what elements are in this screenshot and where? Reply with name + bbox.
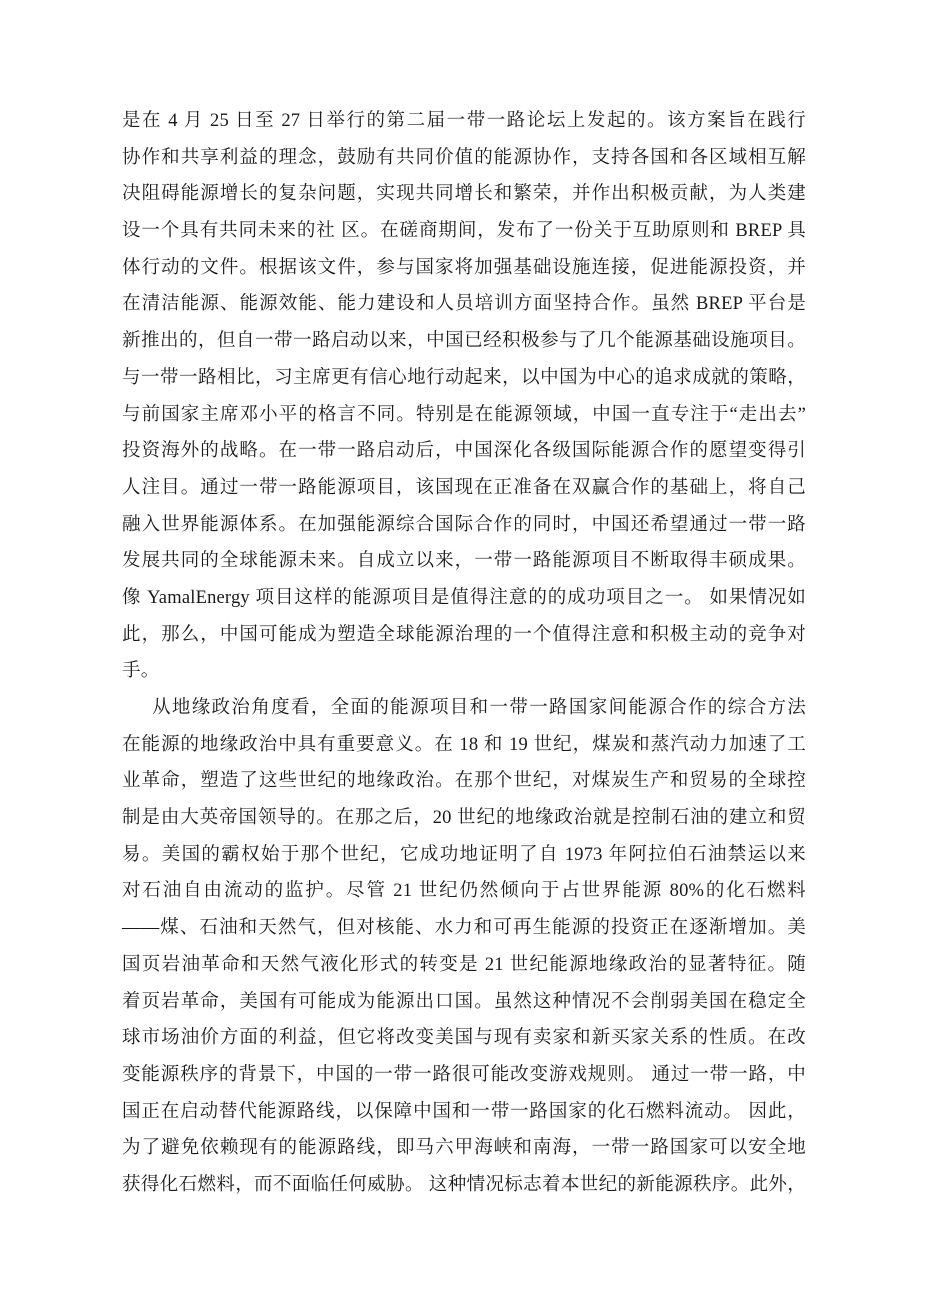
text-line: 国正在启动替代能源路线，以保障中国和一带一路国家的化石燃料流动。 因此， [122,1094,806,1131]
text-line: 国页岩油革命和天然气液化形式的转变是 21 世纪能源地缘政治的显著特征。随 [122,947,806,984]
text-line: 变能源秩序的背景下，中国的一带一路很可能改变游戏规则。 通过一带一路，中 [122,1057,806,1094]
text-line: 协作和共享利益的理念，鼓励有共同价值的能源协作，支持各国和各区域相互解 [122,140,806,177]
text-line: 体行动的文件。根据该文件，参与国家将加强基础设施连接，促进能源投资，并 [122,250,806,287]
text-line: 获得化石燃料，而不面临任何威胁。 这种情况标志着本世纪的新能源秩序。此外， [122,1167,806,1204]
text-line: 是在 4 月 25 日至 27 日举行的第二届一带一路论坛上发起的。该方案旨在践… [122,103,806,140]
text-line: ——煤、石油和天然气，但对核能、水力和可再生能源的投资正在逐渐增加。美 [122,910,806,947]
text-line: 易。美国的霸权始于那个世纪，它成功地证明了自 1973 年阿拉伯石油禁运以来 [122,837,806,874]
text-line: 与一带一路相比，习主席更有信心地行动起来，以中国为中心的追求成就的策略， [122,360,806,397]
text-line: 与前国家主席邓小平的格言不同。特别是在能源领域，中国一直专注于“走出去” [122,397,806,434]
text-line: 业革命，塑造了这些世纪的地缘政治。在那个世纪，对煤炭生产和贸易的全球控 [122,763,806,800]
paragraph-2: 从地缘政治角度看，全面的能源项目和一带一路国家间能源合作的综合方法 在能源的地缘… [122,690,806,1204]
text-line: 决阻碍能源增长的复杂问题，实现共同增长和繁荣，并作出积极贡献，为人类建 [122,176,806,213]
text-line: 此，那么，中国可能成为塑造全球能源治理的一个值得注意和积极主动的竞争对 [122,617,806,654]
text-line: 球市场油价方面的利益，但它将改变美国与现有卖家和新买家关系的性质。在改 [122,1020,806,1057]
text-line: 投资海外的战略。在一带一路启动后，中国深化各级国际能源合作的愿望变得引 [122,433,806,470]
text-line: 融入世界能源体系。在加强能源综合国际合作的同时，中国还希望通过一带一路 [122,507,806,544]
text-line: 对石油自由流动的监护。尽管 21 世纪仍然倾向于占世界能源 80%的化石燃料 [122,873,806,910]
text-line: 在清洁能源、能源效能、能力建设和人员培训方面坚持合作。虽然 BREP 平台是 [122,286,806,323]
text-line: 像 YamalEnergy 项目这样的能源项目是值得注意的的成功项目之一。 如果… [122,580,806,617]
text-line: 着页岩革命，美国有可能成为能源出口国。虽然这种情况不会削弱美国在稳定全 [122,984,806,1021]
text-line: 设一个具有共同未来的社 区。在磋商期间，发布了一份关于互助原则和 BREP 具 [122,213,806,250]
document-page: 是在 4 月 25 日至 27 日举行的第二届一带一路论坛上发起的。该方案旨在践… [0,0,926,1309]
text-line: 新推出的，但自一带一路启动以来，中国已经积极参与了几个能源基础设施项目。 [122,323,806,360]
text-line: 在能源的地缘政治中具有重要意义。在 18 和 19 世纪，煤炭和蒸汽动力加速了工 [122,727,806,764]
text-line: 发展共同的全球能源未来。自成立以来，一带一路能源项目不断取得丰硕成果。 [122,543,806,580]
text-line: 为了避免依赖现有的能源路线，即马六甲海峡和南海，一带一路国家可以安全地 [122,1130,806,1167]
text-line: 制是由大英帝国领导的。在那之后，20 世纪的地缘政治就是控制石油的建立和贸 [122,800,806,837]
paragraph-1: 是在 4 月 25 日至 27 日举行的第二届一带一路论坛上发起的。该方案旨在践… [122,103,806,690]
text-line: 人注目。通过一带一路能源项目，该国现在正准备在双赢合作的基础上，将自己 [122,470,806,507]
text-line: 从地缘政治角度看，全面的能源项目和一带一路国家间能源合作的综合方法 [122,690,806,727]
document-text-block: 是在 4 月 25 日至 27 日举行的第二届一带一路论坛上发起的。该方案旨在践… [122,103,806,1204]
text-line: 手。 [122,653,806,690]
